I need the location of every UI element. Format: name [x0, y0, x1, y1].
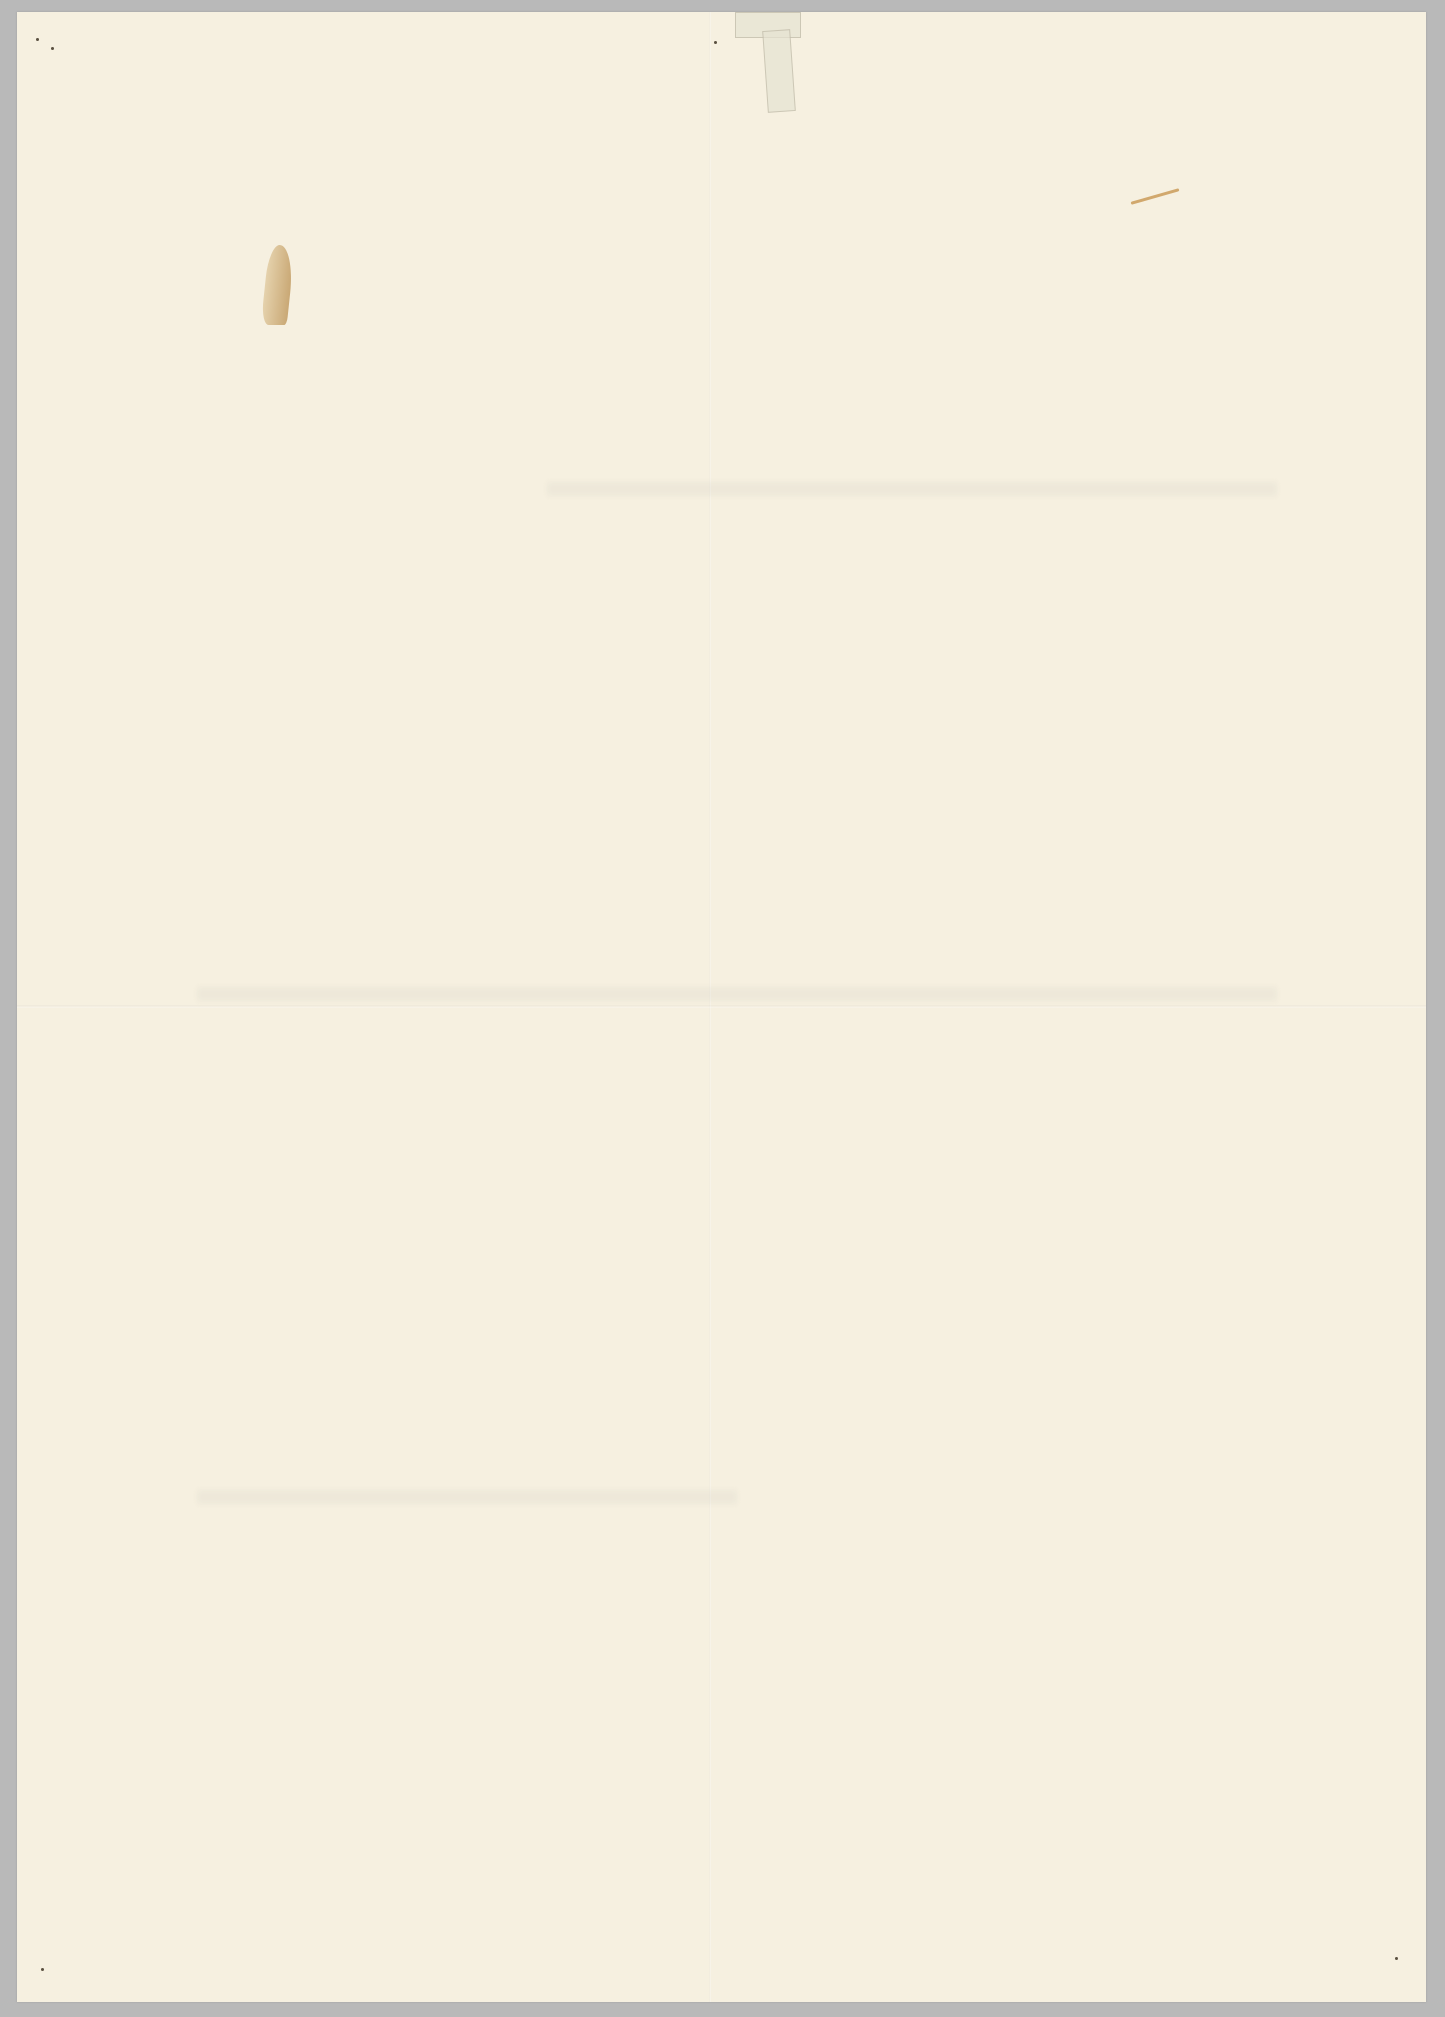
- speck: [51, 47, 54, 50]
- bleed-through-band: [547, 482, 1277, 496]
- tape-strip: [762, 29, 796, 113]
- speck: [41, 1968, 44, 1971]
- paper-sheet: [17, 12, 1426, 2002]
- bleed-through-band: [197, 1490, 737, 1504]
- horizontal-fold-line: [17, 1005, 1426, 1008]
- speck: [714, 41, 717, 44]
- speck: [1395, 1957, 1398, 1960]
- speck: [36, 38, 39, 41]
- bleed-through-band: [197, 987, 1277, 1001]
